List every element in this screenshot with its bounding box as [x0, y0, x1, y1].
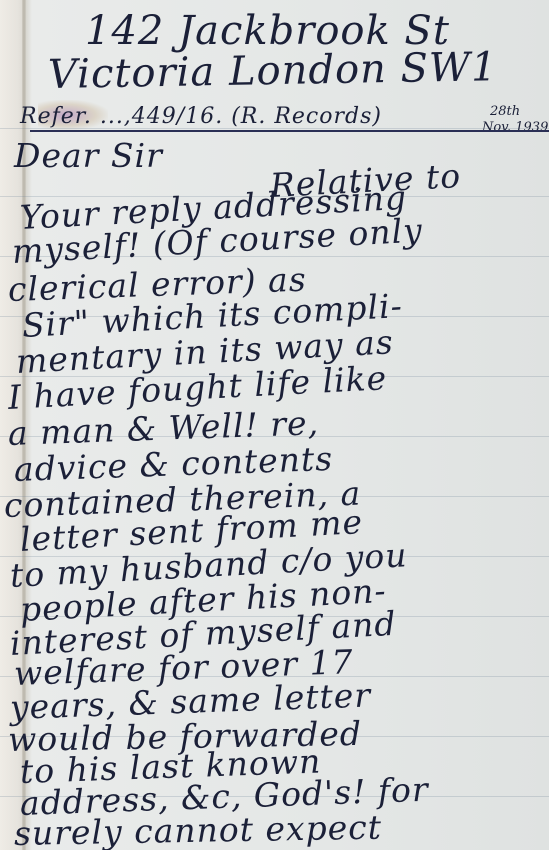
date-day: 28th [490, 104, 520, 119]
date-month-year: Nov. 1939 [482, 120, 548, 135]
body-line: surely cannot expect [14, 808, 383, 850]
reference-underline [30, 130, 549, 132]
salutation: Dear Sir [14, 136, 163, 175]
address-line-2: Victoria London SW1 [48, 44, 498, 98]
reference-number: Refer. ...,449/16. (R. Records) [20, 104, 382, 129]
letter-page: 142 Jackbrook St Victoria London SW1 Ref… [0, 0, 549, 850]
